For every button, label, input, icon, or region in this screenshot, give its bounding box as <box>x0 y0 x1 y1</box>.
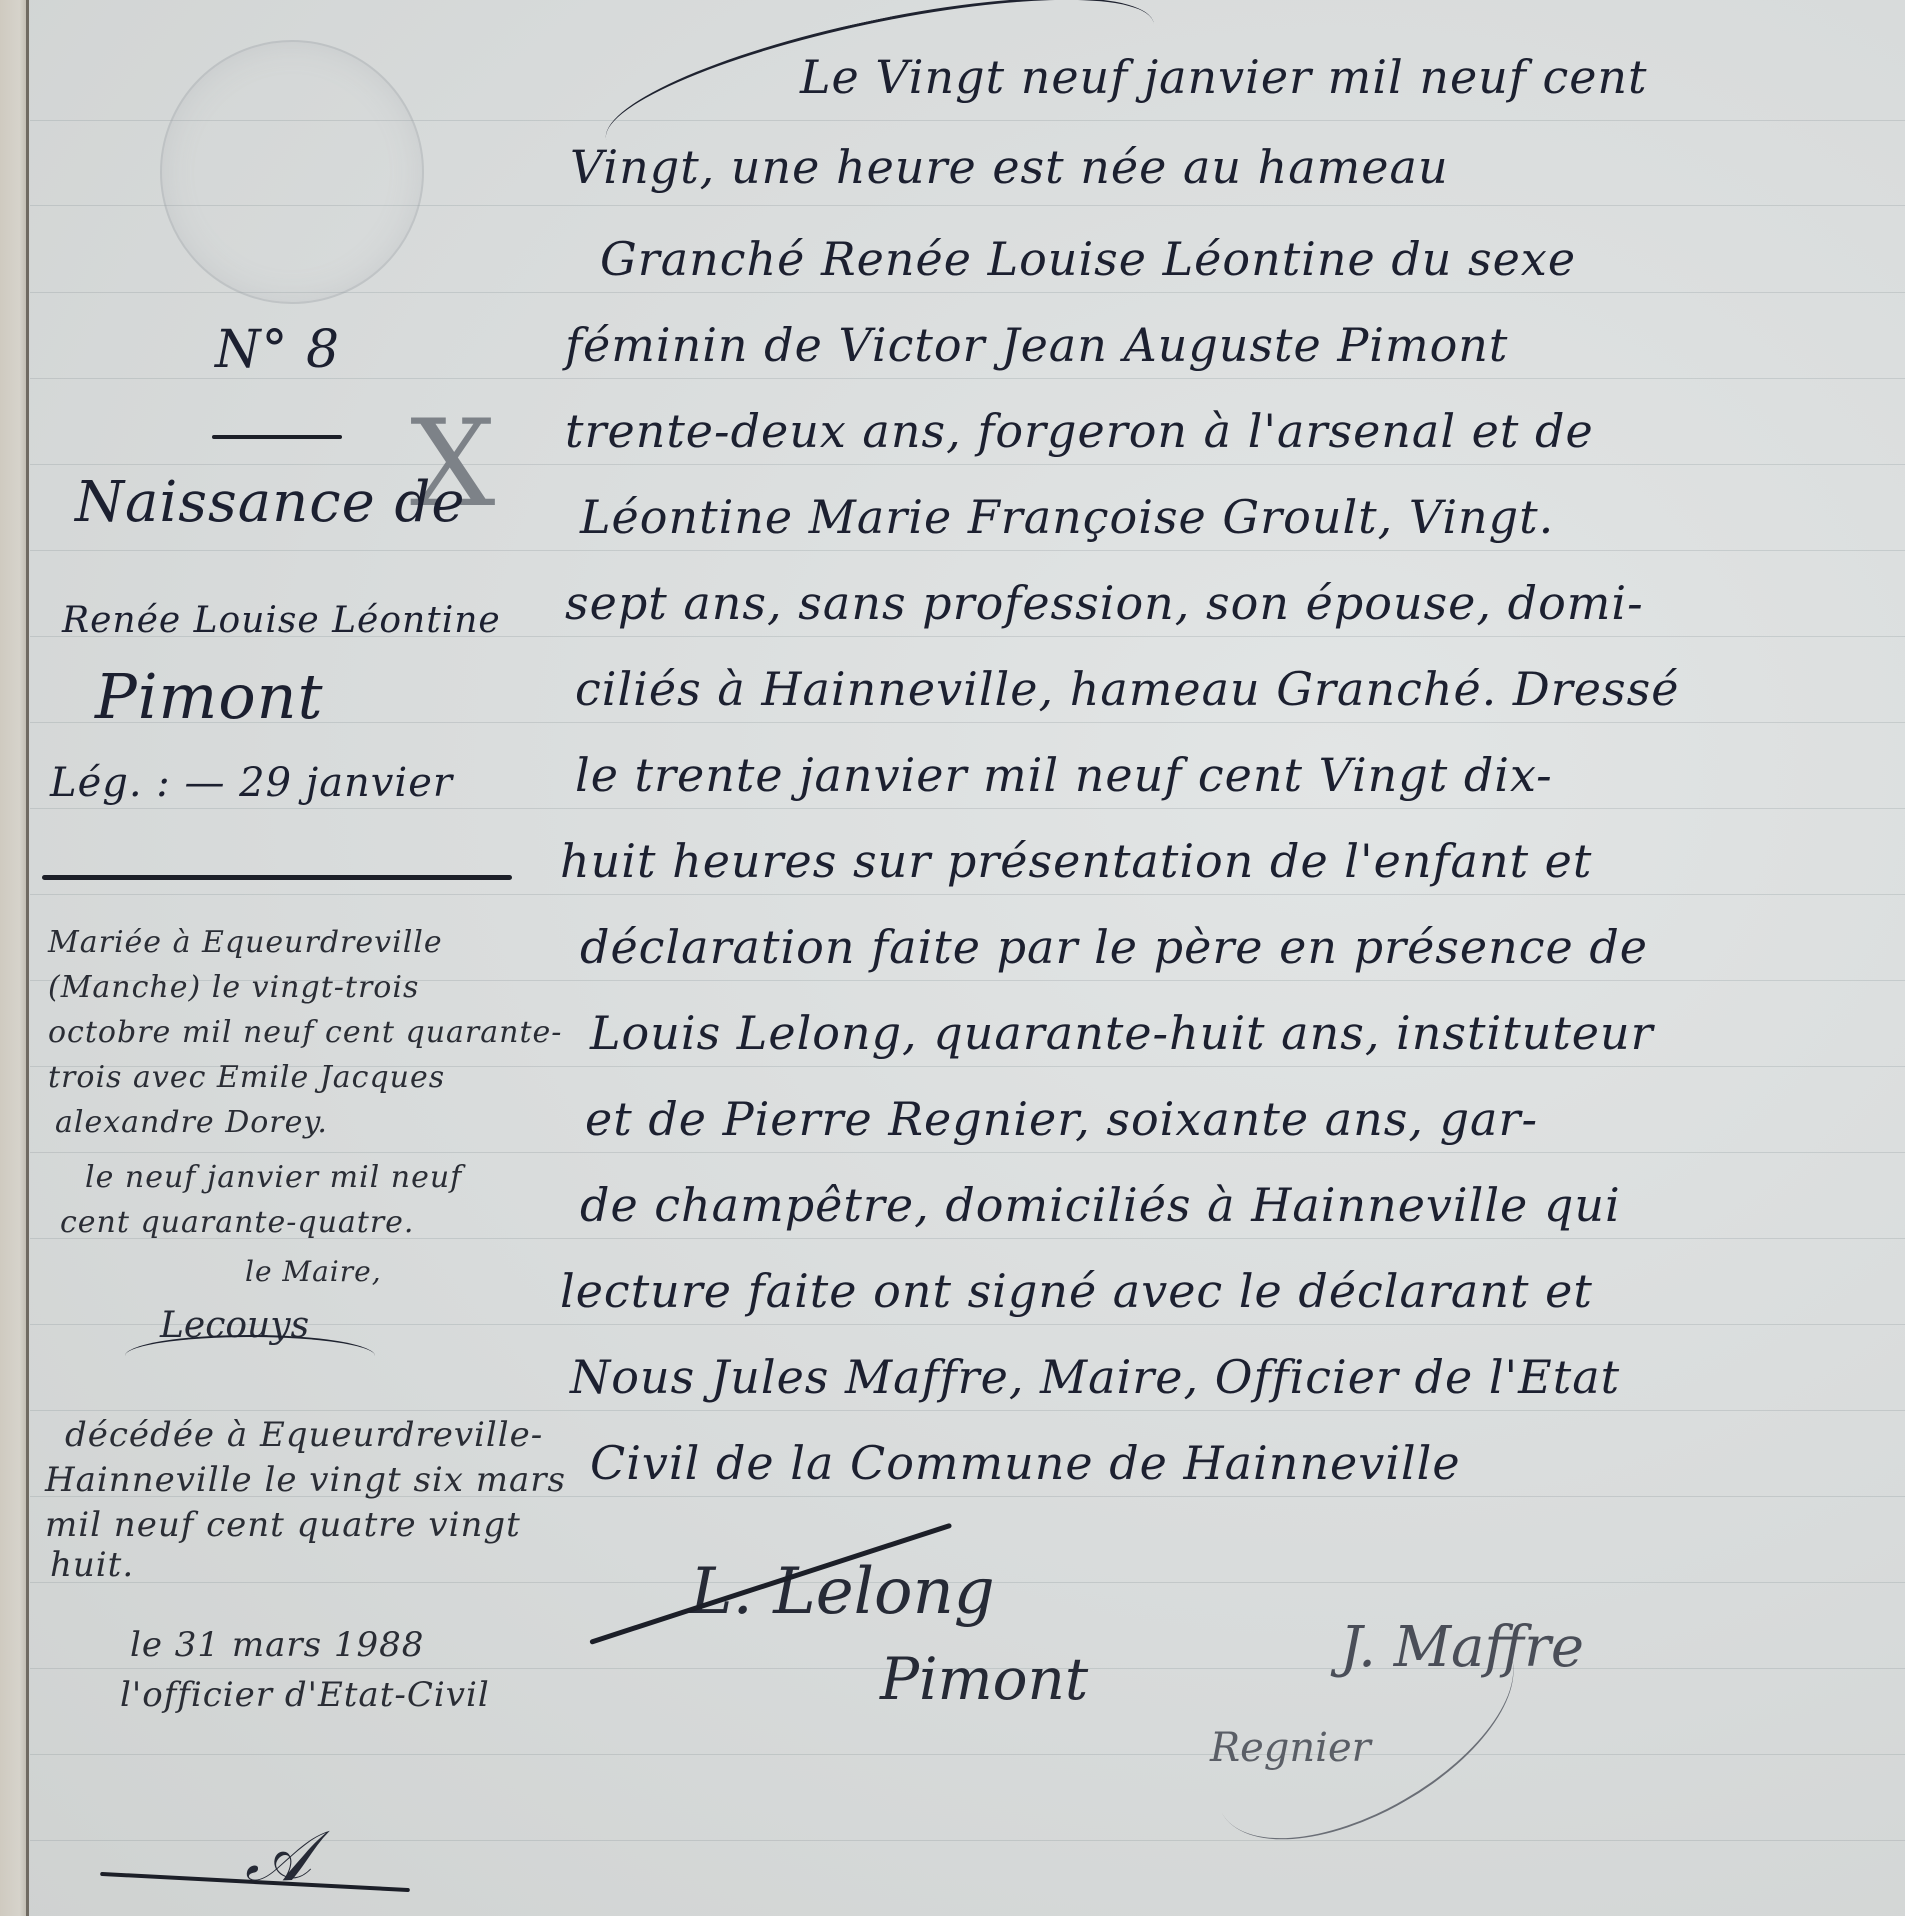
marriage-note-line: Mariée à Equeurdreville <box>48 925 443 960</box>
legitimation-date: Lég. : — 29 janvier <box>50 760 453 806</box>
body-line: trente-deux ans, forgeron à l'arsenal et… <box>565 404 1594 458</box>
death-note-line: huit. <box>50 1545 134 1585</box>
declarant-signature-pimont: Pimont <box>880 1645 1088 1713</box>
officer-signature-1988: 𝒜 <box>245 1815 311 1898</box>
marriage-note-signoff: le Maire, <box>245 1255 382 1288</box>
signature-flourish <box>125 1335 375 1377</box>
marriage-note-line: trois avec Emile Jacques <box>48 1060 445 1095</box>
marriage-note-line: (Manche) le vingt-trois <box>48 970 419 1005</box>
book-gutter <box>0 0 28 1916</box>
ruled-line <box>30 894 1905 895</box>
body-line: féminin de Victor Jean Auguste Pimont <box>565 318 1508 372</box>
marriage-note-date: le neuf janvier mil neuf <box>85 1160 462 1195</box>
body-line: sept ans, sans profession, son épouse, d… <box>565 576 1644 630</box>
registry-page: N° 8 X Naissance de Renée Louise Léontin… <box>0 0 1905 1916</box>
margin-divider <box>42 875 512 880</box>
body-line: Vingt, une heure est née au hameau <box>570 140 1449 194</box>
ruled-line <box>30 1152 1905 1153</box>
body-line: Le Vingt neuf janvier mil neuf cent <box>800 50 1648 104</box>
body-line: Granché Renée Louise Léontine du sexe <box>600 232 1576 286</box>
ruled-line <box>30 808 1905 809</box>
body-line: Léontine Marie Françoise Groult, Vingt. <box>580 490 1554 544</box>
ruled-line <box>30 550 1905 551</box>
body-line: Nous Jules Maffre, Maire, Officier de l'… <box>570 1350 1620 1404</box>
death-note-line: mil neuf cent quatre vingt <box>45 1505 521 1545</box>
body-line: Civil de la Commune de Hainneville <box>590 1436 1461 1490</box>
ruled-line <box>30 1324 1905 1325</box>
ruled-line <box>30 1840 1905 1841</box>
body-line: huit heures sur présentation de l'enfant… <box>560 834 1592 888</box>
embossed-seal <box>160 40 424 304</box>
gutter-fold-line <box>26 0 29 1916</box>
death-note-line: décédée à Equeurdreville- <box>65 1415 543 1455</box>
ruled-line <box>30 1754 1905 1755</box>
margin-heading: Naissance de <box>75 470 466 535</box>
ruled-line <box>30 1410 1905 1411</box>
marriage-note-date: cent quarante-quatre. <box>60 1205 414 1240</box>
body-line: et de Pierre Regnier, soixante ans, gar- <box>585 1092 1538 1146</box>
body-line: ciliés à Hainneville, hameau Granché. Dr… <box>575 662 1679 716</box>
marriage-note-line: octobre mil neuf cent quarante- <box>48 1015 562 1050</box>
body-line: lecture faite ont signé avec le déclaran… <box>560 1264 1593 1318</box>
marriage-note-line: alexandre Dorey. <box>55 1105 328 1140</box>
ruled-line <box>30 464 1905 465</box>
child-given-names: Renée Louise Léontine <box>62 600 501 641</box>
body-line: de champêtre, domiciliés à Hainneville q… <box>580 1178 1621 1232</box>
body-line: Louis Lelong, quarante-huit ans, institu… <box>590 1006 1654 1060</box>
entry-number: N° 8 <box>215 320 340 380</box>
child-surname: Pimont <box>95 660 324 733</box>
entry-separator <box>212 435 342 439</box>
body-line: le trente janvier mil neuf cent Vingt di… <box>575 748 1553 802</box>
death-note-signoff: l'officier d'Etat-Civil <box>120 1675 490 1715</box>
death-note-line: Hainneville le vingt six mars <box>45 1460 566 1500</box>
death-note-date: le 31 mars 1988 <box>130 1625 424 1665</box>
body-line: déclaration faite par le père en présenc… <box>580 920 1648 974</box>
